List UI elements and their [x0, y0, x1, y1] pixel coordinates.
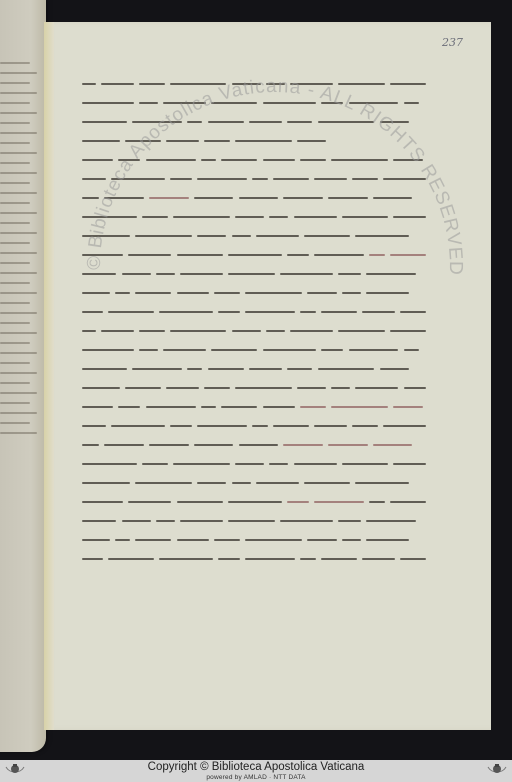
text-line	[82, 343, 426, 358]
footer-bar: Copyright © Biblioteca Apostolica Vatica…	[0, 760, 512, 782]
facing-page-edge	[0, 0, 46, 752]
text-line	[82, 153, 426, 168]
text-line	[82, 438, 426, 453]
vatican-library-seal-icon	[484, 761, 510, 781]
text-line	[82, 476, 426, 491]
text-line	[82, 533, 426, 548]
text-line	[82, 77, 426, 92]
image-viewer[interactable]: 237 © Biblioteca Apostolica Vaticana - A…	[0, 0, 512, 760]
text-line	[82, 514, 426, 529]
text-line	[82, 419, 426, 434]
text-line	[82, 495, 426, 510]
folio-number: 237	[442, 36, 463, 49]
text-line	[82, 191, 426, 206]
page-gutter	[44, 22, 54, 730]
text-line	[82, 134, 426, 149]
text-line	[82, 96, 426, 111]
text-line	[82, 324, 426, 339]
text-line	[82, 248, 426, 263]
text-line	[82, 210, 426, 225]
text-line	[82, 305, 426, 320]
text-line	[82, 286, 426, 301]
text-line	[82, 381, 426, 396]
text-line	[82, 362, 426, 377]
text-line	[82, 267, 426, 282]
text-line	[82, 457, 426, 472]
text-line	[82, 172, 426, 187]
copyright-text: Copyright © Biblioteca Apostolica Vatica…	[0, 761, 512, 773]
manuscript-page: 237	[44, 22, 491, 730]
powered-by-text: powered by AMLAD · NTT DATA	[0, 774, 512, 781]
text-line	[82, 400, 426, 415]
manuscript-text	[82, 77, 426, 571]
text-line	[82, 552, 426, 567]
text-line	[82, 229, 426, 244]
text-line	[82, 115, 426, 130]
